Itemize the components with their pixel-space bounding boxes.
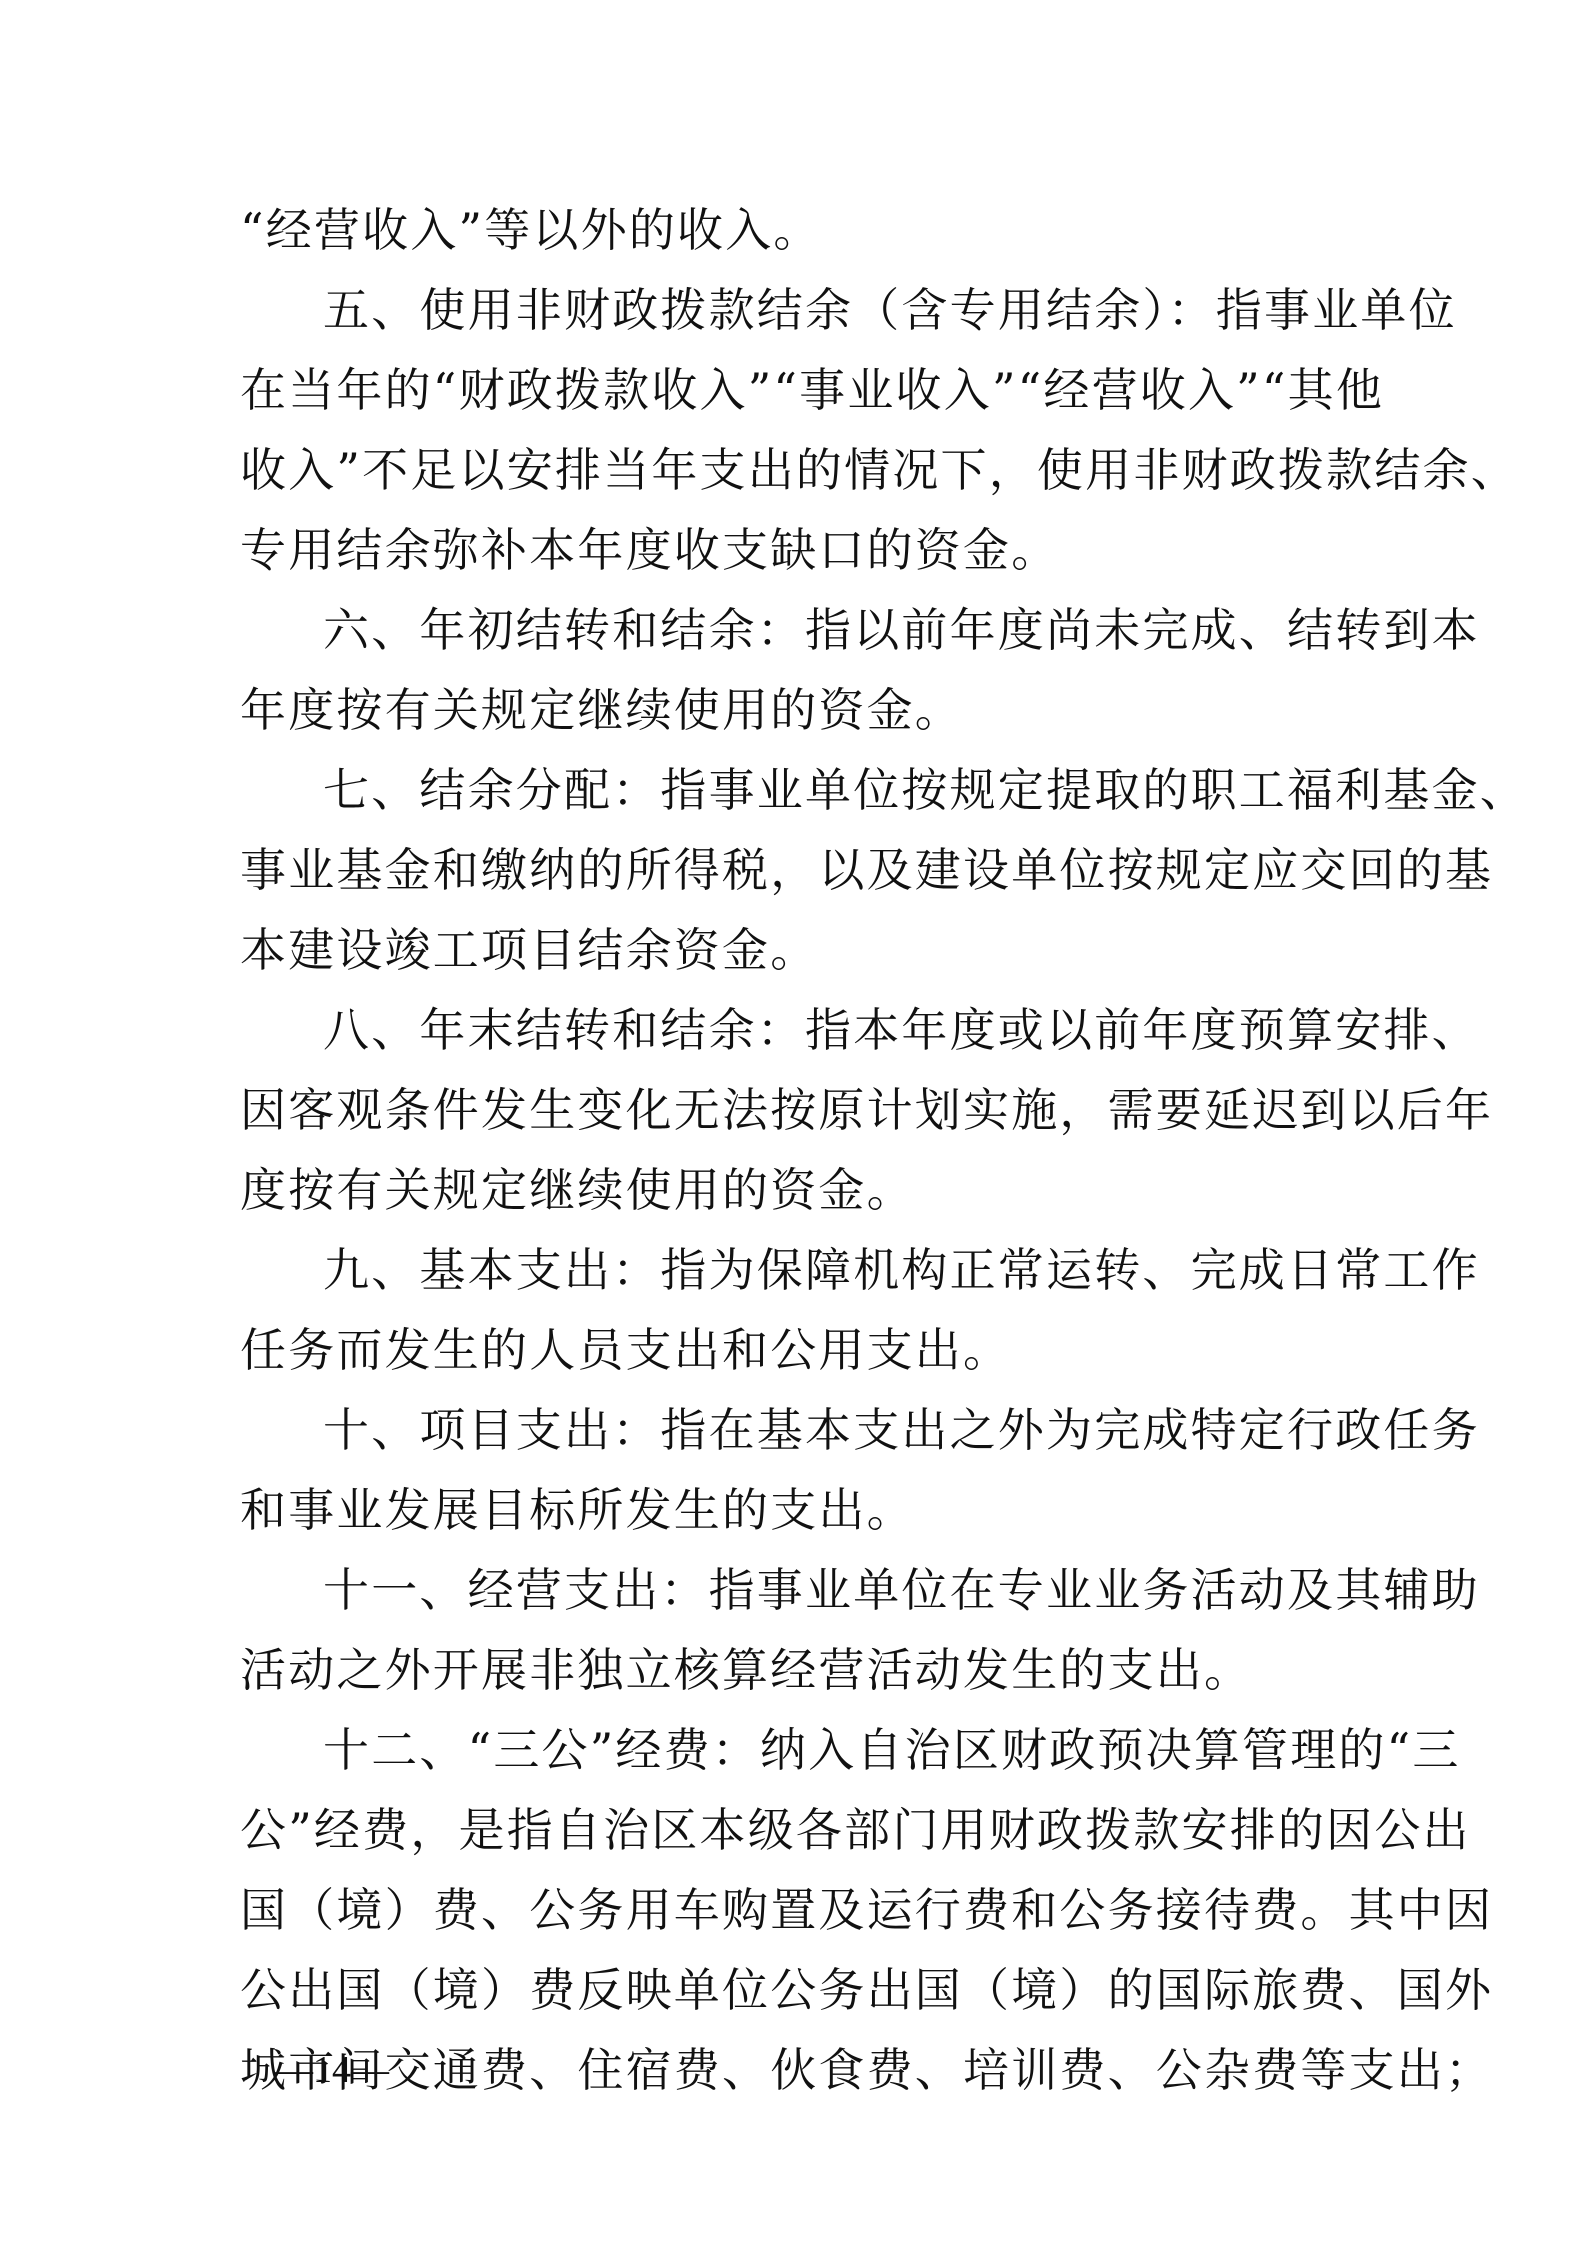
body-line: 因客观条件发生变化无法按原计划实施，需要延迟到以后年 <box>240 1070 1350 1150</box>
body-line: “经营收入”等以外的收入。 <box>240 190 1350 270</box>
paragraph-heading-9: 九、基本支出：指为保障机构正常运转、完成日常工作 <box>323 1230 1350 1310</box>
body-line: 专用结余弥补本年度收支缺口的资金。 <box>240 510 1350 590</box>
body-line: 和事业发展目标所发生的支出。 <box>240 1470 1350 1550</box>
paragraph-heading-6: 六、年初结转和结余：指以前年度尚未完成、结转到本 <box>323 590 1350 670</box>
body-line: 年度按有关规定继续使用的资金。 <box>240 670 1350 750</box>
document-page: “经营收入”等以外的收入。 五、使用非财政拨款结余（含专用结余）：指事业单位 在… <box>0 0 1587 2245</box>
paragraph-heading-7: 七、结余分配：指事业单位按规定提取的职工福利基金、 <box>323 750 1350 830</box>
body-line: 事业基金和缴纳的所得税，以及建设单位按规定应交回的基 <box>240 830 1350 910</box>
body-line: 本建设竣工项目结余资金。 <box>240 910 1350 990</box>
paragraph-heading-8: 八、年末结转和结余：指本年度或以前年度预算安排、 <box>323 990 1350 1070</box>
paragraph-heading-5: 五、使用非财政拨款结余（含专用结余）：指事业单位 <box>323 270 1350 350</box>
body-line: 城市间交通费、住宿费、伙食费、培训费、公杂费等支出； <box>240 2030 1350 2110</box>
paragraph-heading-12: 十二、“三公”经费：纳入自治区财政预决算管理的“三 <box>323 1710 1350 1790</box>
paragraph-heading-10: 十、项目支出：指在基本支出之外为完成特定行政任务 <box>323 1390 1350 1470</box>
body-line: 公”经费，是指自治区本级各部门用财政拨款安排的因公出 <box>240 1790 1350 1870</box>
body-line: 国（境）费、公务用车购置及运行费和公务接待费。其中因 <box>240 1870 1350 1950</box>
body-line: 活动之外开展非独立核算经营活动发生的支出。 <box>240 1630 1350 1710</box>
body-line: 度按有关规定继续使用的资金。 <box>240 1150 1350 1230</box>
paragraph-heading-11: 十一、经营支出：指事业单位在专业业务活动及其辅助 <box>323 1550 1350 1630</box>
page-number: —14— <box>275 2040 389 2100</box>
body-line: 任务而发生的人员支出和公用支出。 <box>240 1310 1350 1390</box>
body-line: 在当年的“财政拨款收入”“事业收入”“经营收入”“其他 <box>240 350 1350 430</box>
body-line: 公出国（境）费反映单位公务出国（境）的国际旅费、国外 <box>240 1950 1350 2030</box>
body-line: 收入”不足以安排当年支出的情况下，使用非财政拨款结余、 <box>240 430 1350 510</box>
